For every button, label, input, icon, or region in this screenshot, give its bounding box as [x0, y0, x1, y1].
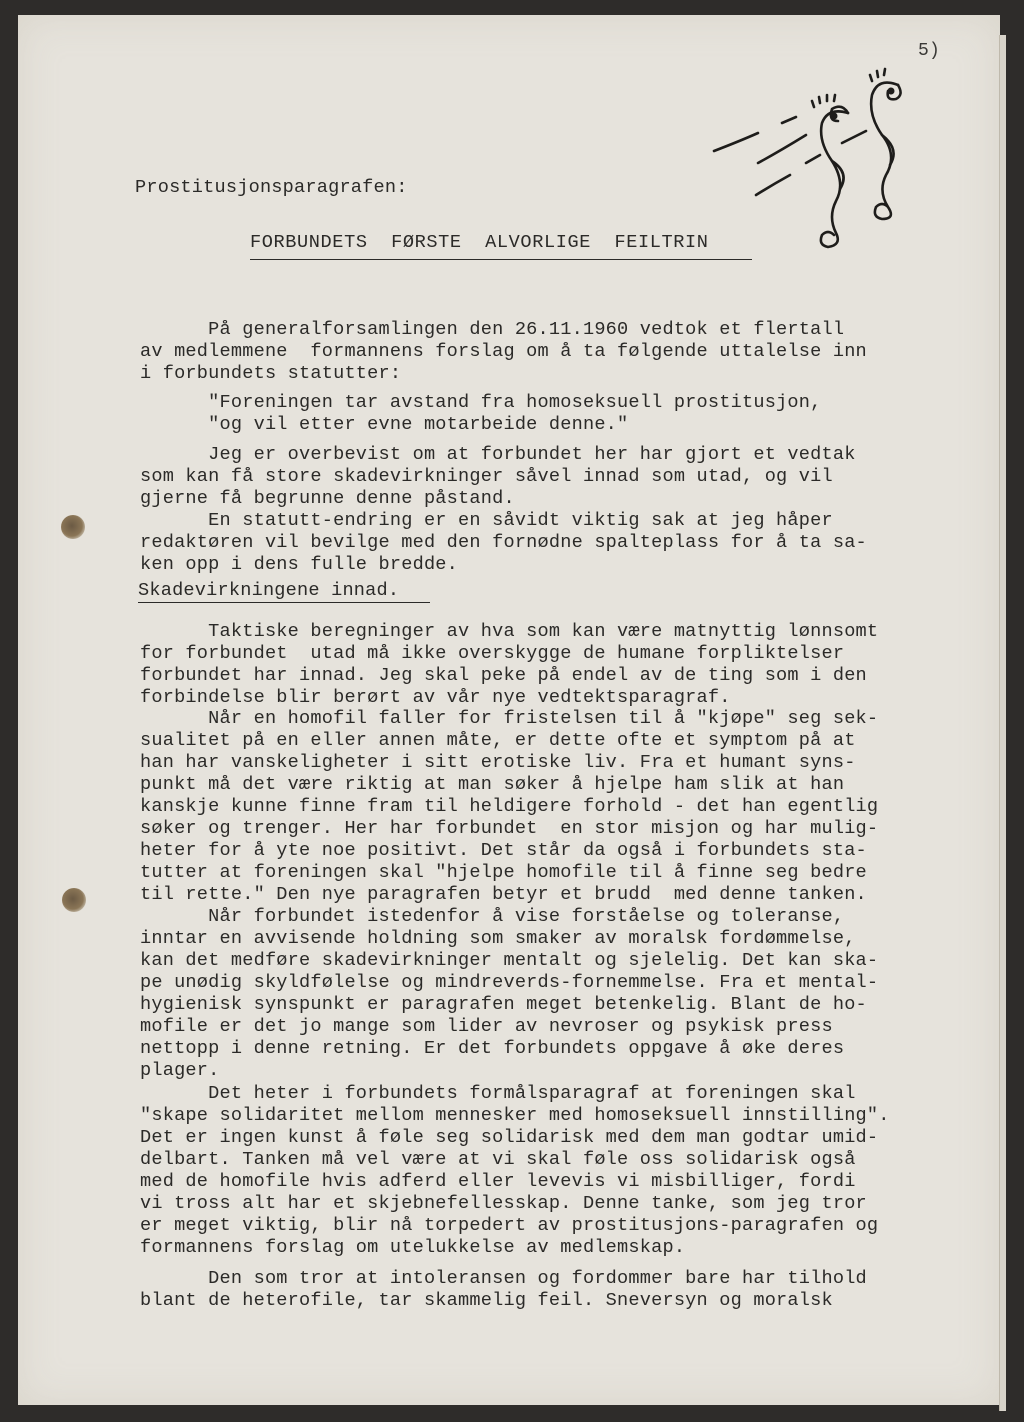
- flying-paragraph-signs-icon: [700, 55, 940, 255]
- paragraph-line: tutter at foreningen skal "hjelpe homofi…: [140, 862, 867, 884]
- paragraph-line: Jeg er overbevist om at forbundet her ha…: [140, 444, 856, 466]
- paragraph-line: heter for å yte noe positivt. Det står d…: [140, 840, 867, 862]
- paragraph-line: "skape solidaritet mellom mennesker med …: [140, 1105, 890, 1127]
- paragraph-line: På generalforsamlingen den 26.11.1960 ve…: [140, 319, 844, 341]
- paragraph-line: En statutt-endring er en såvidt viktig s…: [140, 510, 833, 532]
- punch-hole-top: [61, 515, 85, 539]
- paragraph-line: punkt må det være riktig at man søker å …: [140, 774, 844, 796]
- paragraph-line: pe unødig skyldfølelse og mindreverds-fo…: [140, 972, 878, 994]
- punch-hole-bottom: [62, 888, 86, 912]
- paragraph-line: kan det medføre skadevirkninger mentalt …: [140, 950, 878, 972]
- paragraph-line: for forbundet utad må ikke overskygge de…: [140, 643, 844, 665]
- paragraph-line: til rette." Den nye paragrafen betyr et …: [140, 884, 867, 906]
- paragraph-line: gjerne få begrunne denne påstand.: [140, 488, 515, 510]
- paragraph-line: Den som tror at intoleransen og fordomme…: [140, 1268, 867, 1290]
- paragraph-line: delbart. Tanken må vel være at vi skal f…: [140, 1149, 856, 1171]
- paragraph-line: Når forbundet istedenfor å vise forståel…: [140, 906, 844, 928]
- paragraph-line: nettopp i denne retning. Er det forbunde…: [140, 1038, 844, 1060]
- paragraph-line: Taktiske beregninger av hva som kan være…: [140, 621, 878, 643]
- paragraph-line: ken opp i dens fulle bredde.: [140, 554, 458, 576]
- subheading-underline: [138, 602, 430, 603]
- paragraph-line: plager.: [140, 1060, 220, 1082]
- paragraph-line: redaktøren vil bevilge med den fornødne …: [140, 532, 867, 554]
- paragraph-line: søker og trenger. Her har forbundet en s…: [140, 818, 878, 840]
- paragraph-line: vi tross alt har et skjebnefellesskap. D…: [140, 1193, 867, 1215]
- quote-line: "Foreningen tar avstand fra homoseksuell…: [140, 392, 821, 414]
- paragraph-line: han har vanskeligheter i sitt erotiske l…: [140, 752, 856, 774]
- subheading: Skadevirkningene innad.: [138, 580, 399, 602]
- paragraph-line: som kan få store skadevirkninger såvel i…: [140, 466, 833, 488]
- paragraph-line: Det er ingen kunst å føle seg solidarisk…: [140, 1127, 878, 1149]
- paragraph-line: er meget viktig, blir nå torpedert av pr…: [140, 1215, 878, 1237]
- paragraph-line: av medlemmene formannens forslag om å ta…: [140, 341, 867, 363]
- paragraph-line: Når en homofil faller for fristelsen til…: [140, 708, 878, 730]
- page-edge: [999, 35, 1006, 1411]
- paragraph-line: i forbundets statutter:: [140, 363, 401, 385]
- paragraph-line: forbindelse blir berørt av vår nye vedte…: [140, 687, 731, 709]
- quote-line: "og vil etter evne motarbeide denne.": [140, 414, 628, 436]
- paragraph-line: med de homofile hvis adferd eller levevi…: [140, 1171, 856, 1193]
- paragraph-line: sualitet på en eller annen måte, er dett…: [140, 730, 856, 752]
- paragraph-line: mofile er det jo mange som lider av nevr…: [140, 1016, 833, 1038]
- paragraph-line: formannens forslag om utelukkelse av med…: [140, 1237, 685, 1259]
- heading-underline: [250, 259, 752, 260]
- section-label: Prostitusjonsparagrafen:: [135, 177, 408, 199]
- paragraph-line: blant de heterofile, tar skammelig feil.…: [140, 1290, 833, 1312]
- paragraph-line: hygienisk synspunkt er paragrafen meget …: [140, 994, 867, 1016]
- paragraph-line: forbundet har innad. Jeg skal peke på en…: [140, 665, 867, 687]
- document-heading: FORBUNDETS FØRSTE ALVORLIGE FEILTRIN: [250, 232, 709, 254]
- paragraph-line: inntar en avvisende holdning som smaker …: [140, 928, 856, 950]
- paragraph-line: kanskje kunne finne fram til heldigere f…: [140, 796, 878, 818]
- paragraph-line: Det heter i forbundets formålsparagraf a…: [140, 1083, 856, 1105]
